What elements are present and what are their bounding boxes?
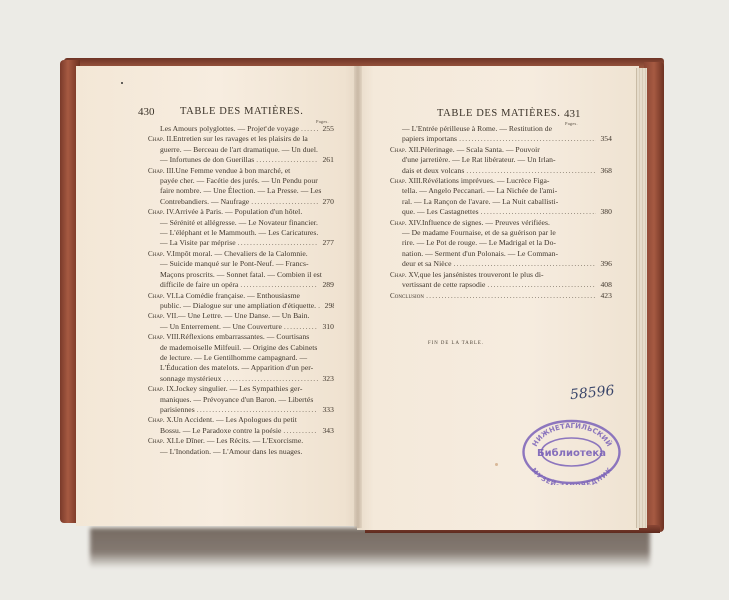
dot-leader [479,207,596,217]
dot-leader [485,280,596,290]
toc-line: public. — Dialogue sur une ampliation d'… [148,301,334,311]
toc-text: — Suicide manqué sur le Pont-Neuf. — Fra… [160,259,309,269]
toc-line: Bossu. — Le Paradoxe contre la poésie343 [148,426,334,436]
toc-text: — L'éléphant et le Mammouth. — Les Caric… [160,228,318,238]
toc-page-number: 423 [596,291,612,301]
toc-text: L'Éducation des matelots. — Apparition d… [160,363,313,373]
toc-page-number: 255 [318,124,334,134]
book-gutter [354,66,362,528]
toc-line: dais et deux volcans368 [390,166,612,176]
toc-text: — Une Lettre. — Une Danse. — Un Bain. [178,311,310,321]
toc-entry: Chap. VIII. Réflexions embarrassantes. —… [148,332,334,384]
toc-page-number: 354 [596,134,612,144]
toc-text: Impôt moral. — Chevaliers de la Calomnie… [172,249,307,259]
toc-text: Pèlerinage. — Scala Santa. — Pouvoir [420,145,540,155]
toc-line: Chap. VII. — Une Lettre. — Une Danse. — … [148,311,334,321]
toc-line: payée cher. — Facétie des jurés. — Un Pe… [148,176,334,186]
toc-entry: Chap. XIII. Révélations imprévues. — Luc… [390,176,612,218]
toc-line: nation. — Serment d'un Polonais. — Le Co… [390,249,612,259]
toc-page-number: 261 [318,155,334,165]
paper-spot [495,463,498,466]
chapter-label: Chap. XII. [390,145,420,155]
dot-leader [281,426,318,436]
dot-leader [424,291,596,301]
toc-entry: Chap. XIV. Influence de signes. — Preuve… [390,218,612,270]
toc-line: Chap. XIII. Révélations imprévues. — Luc… [390,176,612,186]
toc-line: Chap. IX. Jockey singulier. — Les Sympat… [148,384,334,394]
toc-line: vertissant de cette rapsodie408 [390,280,612,290]
toc-line: — De madame Fournaise, et de sa guérison… [390,228,612,238]
dot-leader [457,134,596,144]
toc-text: deur et sa Nièce [402,259,452,269]
toc-text: — L'Entrée périlleuse à Rome. — Restitut… [402,124,552,134]
stamp-icon: НИЖНЕТАГИЛЬСКИЙ МУЗЕЙ-ЗАПОВЕДНИК Библиот… [521,418,622,485]
toc-line: ral. — La Rançon de l'avare. — La Nuit c… [390,197,612,207]
book-shadow [90,528,650,568]
toc-text: papiers importans [402,134,457,144]
chapter-label: Chap. XV, [390,270,420,280]
toc-text: — Un Enterrement. — Une Couverture [160,322,282,332]
chapter-label: Chap. II. [148,134,173,144]
dot-leader [195,405,318,415]
toc-line: Les Amours polyglottes. — Projet de voya… [148,124,334,134]
book-cover-right-edge [644,62,664,532]
toc-line: Conclusion423 [390,291,612,301]
toc-text: faire nombre. — Une Élection. — La Press… [160,186,321,196]
toc-line: — Infortunes de don Guerillas261 [148,155,334,165]
toc-text: de mademoiselle Milfeuil. — Origine des … [160,343,317,353]
left-page-number: 430 [138,106,155,118]
toc-line: Chap. XIV. Influence de signes. — Preuve… [390,218,612,228]
toc-line: Chap. III. Une Femme vendue à bon marché… [148,166,334,176]
toc-text: Maçons proscrits. — Sonnet fatal. — Comb… [160,270,322,280]
library-stamp: НИЖНЕТАГИЛЬСКИЙ МУЗЕЙ-ЗАПОВЕДНИК Библиот… [521,418,622,485]
toc-text: Arrivée à Paris. — Population d'un hôtel… [175,207,302,217]
toc-entry: Chap. III. Une Femme vendue à bon marché… [148,166,334,208]
toc-text: — Sérénité et allégresse. — Le Novateur … [160,218,318,228]
toc-text: Révélations imprévues. — Lucrèce Figa- [423,176,550,186]
left-table-of-contents: Les Amours polyglottes. — Projet de voya… [148,124,334,457]
dot-leader [236,238,318,248]
toc-entry: Chap. II. Entretien sur les ravages et l… [148,134,334,165]
toc-entry: — L'Entrée périlleuse à Rome. — Restitut… [390,124,612,145]
chapter-label: Chap. IV. [148,207,175,217]
toc-line: — La Visite par méprise277 [148,238,334,248]
toc-text: — De madame Fournaise, et de sa guérison… [402,228,556,238]
toc-line: difficile de faire un opéra289 [148,280,334,290]
toc-text: rire. — Le Pot de rouge. — Le Madrigal e… [402,238,556,248]
toc-page-number: 408 [596,280,612,290]
toc-line: maniques. — Prévoyance d'un Baron. — Lib… [148,395,334,405]
toc-line: rire. — Le Pot de rouge. — Le Madrigal e… [390,238,612,248]
chapter-label: Chap. IX. [148,384,176,394]
dot-leader [238,280,318,290]
toc-line: — Un Enterrement. — Une Couverture310 [148,322,334,332]
toc-page-number: 277 [318,238,334,248]
toc-line: Chap. VIII. Réflexions embarrassantes. —… [148,332,334,342]
toc-line: Chap. XI. Le Dîner. — Les Récits. — L'Ex… [148,436,334,446]
chapter-label: Chap. VI. [148,291,176,301]
toc-line: Chap. IV. Arrivée à Paris. — Population … [148,207,334,217]
toc-entry: Chap. XII. Pèlerinage. — Scala Santa. — … [390,145,612,176]
toc-line: de lecture. — Le Gentilhomme campagnard.… [148,353,334,363]
right-table-of-contents: — L'Entrée périlleuse à Rome. — Restitut… [390,124,612,301]
toc-text: de lecture. — Le Gentilhomme campagnard.… [160,353,307,363]
toc-text: — La Visite par méprise [160,238,236,248]
toc-line: Chap. XV, que les jansénistes trouveront… [390,270,612,280]
toc-page-number: 289 [318,280,334,290]
chapter-label: Conclusion [390,291,424,301]
toc-line: Contrebandiers. — Naufrage270 [148,197,334,207]
toc-text: maniques. — Prévoyance d'un Baron. — Lib… [160,395,313,405]
chapter-label: Chap. X. [148,415,173,425]
dot-leader [299,124,318,134]
toc-line: papiers importans354 [390,134,612,144]
toc-entry: Chap. VII. — Une Lettre. — Une Danse. — … [148,311,334,332]
chapter-label: Chap. XI. [148,436,176,446]
toc-text: que les jansénistes trouveront le plus d… [420,270,544,280]
toc-line: — Sérénité et allégresse. — Le Novateur … [148,218,334,228]
toc-line: Chap. VI. La Comédie française. — Enthou… [148,291,334,301]
toc-text: parisiennes [160,405,195,415]
toc-line: L'Éducation des matelots. — Apparition d… [148,363,334,373]
toc-text: La Comédie française. — Enthousiasme [176,291,300,301]
toc-page-number: 396 [596,259,612,269]
toc-line: Chap. II. Entretien sur les ravages et l… [148,134,334,144]
dot-leader [254,155,318,165]
toc-text: tella. — Angelo Peccanari. — La Nichée d… [402,186,557,196]
dot-leader [452,259,597,269]
dot-leader [282,322,318,332]
page-block-edges [636,68,647,528]
toc-line: Maçons proscrits. — Sonnet fatal. — Comb… [148,270,334,280]
toc-text: public. — Dialogue sur une ampliation d'… [160,301,316,311]
toc-entry: Chap. V. Impôt moral. — Chevaliers de la… [148,249,334,291]
toc-text: difficile de faire un opéra [160,280,238,290]
toc-line: — Suicide manqué sur le Pont-Neuf. — Fra… [148,259,334,269]
toc-text: ral. — La Rançon de l'avare. — La Nuit c… [402,197,558,207]
toc-line: Chap. X. Un Accident. — Les Apologues du… [148,415,334,425]
chapter-label: Chap. XIV. [390,218,422,228]
chapter-label: Chap. V. [148,249,172,259]
toc-line: parisiennes333 [148,405,334,415]
toc-text: sonnage mystérieux [160,374,221,384]
right-page-header: TABLE DES MATIÈRES. [437,108,560,119]
toc-entry: Chap. VI. La Comédie française. — Enthou… [148,291,334,312]
toc-page-number: 270 [318,197,334,207]
toc-text: Jockey singulier. — Les Sympathies ger- [176,384,303,394]
toc-text: guerre. — Berceau de l'art dramatique. —… [160,145,318,155]
chapter-label: Chap. XIII. [390,176,423,186]
toc-line: Chap. V. Impôt moral. — Chevaliers de la… [148,249,334,259]
dot-leader [221,374,318,384]
toc-page-number: 368 [596,166,612,176]
toc-text: Les Amours polyglottes. — Projet de voya… [160,124,299,134]
toc-text: Entretien sur les ravages et les plaisir… [173,134,308,144]
toc-text: Bossu. — Le Paradoxe contre la poésie [160,426,281,436]
chapter-label: Chap. III. [148,166,175,176]
toc-line: faire nombre. — Une Élection. — La Press… [148,186,334,196]
toc-text: Un Accident. — Les Apologues du petit [173,415,297,425]
toc-page-number: 333 [318,405,334,415]
toc-line: de mademoiselle Milfeuil. — Origine des … [148,343,334,353]
toc-line: guerre. — Berceau de l'art dramatique. —… [148,145,334,155]
toc-text: que. — Les Castagnettes [402,207,479,217]
toc-line: — L'éléphant et le Mammouth. — Les Caric… [148,228,334,238]
dot-leader [249,197,318,207]
svg-text:Библиотека: Библиотека [537,447,606,459]
end-of-table-note: FIN DE LA TABLE. [428,341,484,346]
toc-text: — L'Inondation. — L'Amour dans les nuage… [160,447,302,457]
toc-entry: Conclusion423 [390,291,612,301]
toc-page-number: 343 [318,426,334,436]
toc-text: — Infortunes de don Guerillas [160,155,254,165]
toc-line: tella. — Angelo Peccanari. — La Nichée d… [390,186,612,196]
toc-text: nation. — Serment d'un Polonais. — Le Co… [402,249,558,259]
toc-line: — L'Inondation. — L'Amour dans les nuage… [148,447,334,457]
toc-page-number: 380 [596,207,612,217]
chapter-label: Chap. VII. [148,311,178,321]
toc-page-number: 310 [318,322,334,332]
toc-entry: Chap. XI. Le Dîner. — Les Récits. — L'Ex… [148,436,334,457]
toc-text: Influence de signes. — Preuves vérifiées… [422,218,550,228]
toc-text: dais et deux volcans [402,166,464,176]
toc-entry: Chap. XV, que les jansénistes trouveront… [390,270,612,291]
toc-line: sonnage mystérieux323 [148,374,334,384]
toc-line: Chap. XII. Pèlerinage. — Scala Santa. — … [390,145,612,155]
toc-line: que. — Les Castagnettes380 [390,207,612,217]
toc-text: Contrebandiers. — Naufrage [160,197,249,207]
toc-text: Le Dîner. — Les Récits. — L'Exorcisme. [176,436,303,446]
left-page-header: TABLE DES MATIÈRES. [180,106,303,117]
toc-line: — L'Entrée périlleuse à Rome. — Restitut… [390,124,612,134]
toc-page-number: 323 [318,374,334,384]
toc-text: vertissant de cette rapsodie [402,280,485,290]
toc-text: payée cher. — Facétie des jurés. — Un Pe… [160,176,318,186]
paper-spot [121,82,123,84]
toc-text: Réflexions embarrassantes. — Courtisans [180,332,309,342]
right-page-number: 431 [564,108,581,120]
toc-entry: Chap. IX. Jockey singulier. — Les Sympat… [148,384,334,415]
toc-text: Une Femme vendue à bon marché, et [175,166,290,176]
chapter-label: Chap. VIII. [148,332,180,342]
toc-text: d'une jarretière. — Le Rat libérateur. —… [402,155,556,165]
toc-line: d'une jarretière. — Le Rat libérateur. —… [390,155,612,165]
toc-entry: Chap. IV. Arrivée à Paris. — Population … [148,207,334,249]
dot-leader [464,166,596,176]
paper-spot [265,126,267,128]
toc-line: deur et sa Nièce396 [390,259,612,269]
toc-page-number: 298 [320,301,334,311]
toc-entry: Chap. X. Un Accident. — Les Apologues du… [148,415,334,436]
toc-entry: Les Amours polyglottes. — Projet de voya… [148,124,334,134]
